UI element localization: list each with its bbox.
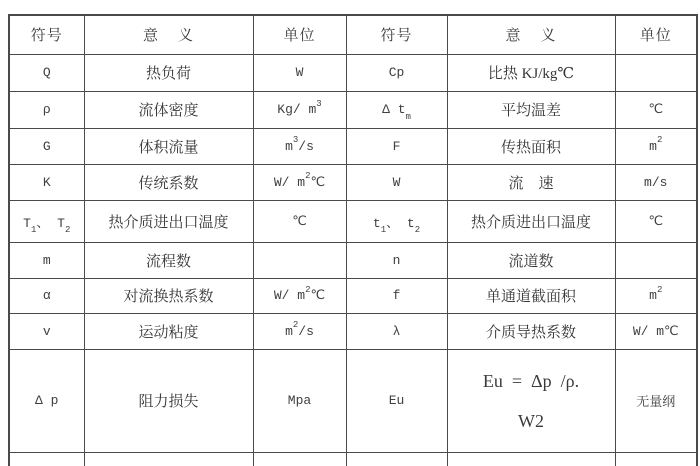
symbol-cell: G xyxy=(9,128,84,164)
unit-cell: m2 xyxy=(615,278,697,313)
unit-cell xyxy=(253,452,346,466)
unit-cell: m2/s xyxy=(253,313,346,349)
symbol-column-header: 符号 xyxy=(346,15,447,54)
symbol-cell: m xyxy=(9,242,84,278)
unit-cell: ℃ xyxy=(253,200,346,242)
table-row xyxy=(9,452,697,466)
symbol-cell xyxy=(9,452,84,466)
unit-cell: W xyxy=(253,54,346,91)
table-row: ρ流体密度Kg/ m3Δ tm平均温差℃ xyxy=(9,91,697,128)
unit-cell: m3/s xyxy=(253,128,346,164)
meaning-cell: 热负荷 xyxy=(84,54,253,91)
unit-cell: m/s xyxy=(615,164,697,200)
table-row: Q热负荷WCp比热 KJ/kg℃ xyxy=(9,54,697,91)
meaning-cell: 阻力损失 xyxy=(84,349,253,452)
unit-column-header: 单位 xyxy=(253,15,346,54)
symbol-cell: Δ tm xyxy=(346,91,447,128)
unit-cell: 无量纲 xyxy=(615,349,697,452)
unit-cell: Kg/ m3 xyxy=(253,91,346,128)
symbol-cell: Q xyxy=(9,54,84,91)
symbol-cell xyxy=(346,452,447,466)
symbol-cell: f xyxy=(346,278,447,313)
meaning-cell: Eu = Δp /ρ.W2 xyxy=(447,349,615,452)
meaning-cell: 流体密度 xyxy=(84,91,253,128)
table-row: m流程数n流道数 xyxy=(9,242,697,278)
unit-cell: W/ m2℃ xyxy=(253,278,346,313)
unit-cell: ℃ xyxy=(615,91,697,128)
table-row: K传统系数W/ m2℃W流 速m/s xyxy=(9,164,697,200)
unit-cell: m2 xyxy=(615,128,697,164)
symbol-cell: F xyxy=(346,128,447,164)
symbol-cell: K xyxy=(9,164,84,200)
symbol-cell: W xyxy=(346,164,447,200)
meaning-cell: 流程数 xyxy=(84,242,253,278)
meaning-cell: 运动粘度 xyxy=(84,313,253,349)
symbol-cell: n xyxy=(346,242,447,278)
symbol-cell: Cp xyxy=(346,54,447,91)
meaning-column-header: 意 义 xyxy=(447,15,615,54)
symbol-column-header: 符号 xyxy=(9,15,84,54)
unit-cell xyxy=(615,452,697,466)
symbol-table-page: 符号意 义单位符号意 义单位 Q热负荷WCp比热 KJ/kg℃ρ流体密度Kg/ … xyxy=(0,0,700,466)
unit-cell: W/ m℃ xyxy=(615,313,697,349)
meaning-cell: 比热 KJ/kg℃ xyxy=(447,54,615,91)
symbol-cell: v xyxy=(9,313,84,349)
meaning-column-header: 意 义 xyxy=(84,15,253,54)
symbol-cell: Eu xyxy=(346,349,447,452)
meaning-cell: 热介质进出口温度 xyxy=(447,200,615,242)
meaning-cell: 单通道截面积 xyxy=(447,278,615,313)
meaning-cell: 流 速 xyxy=(447,164,615,200)
symbol-meaning-unit-table: 符号意 义单位符号意 义单位 Q热负荷WCp比热 KJ/kg℃ρ流体密度Kg/ … xyxy=(8,14,698,466)
meaning-cell: 介质导热系数 xyxy=(447,313,615,349)
table-row: Δ p阻力损失MpaEuEu = Δp /ρ.W2无量纲 xyxy=(9,349,697,452)
table-row: G体积流量m3/sF传热面积m2 xyxy=(9,128,697,164)
meaning-cell: 对流换热系数 xyxy=(84,278,253,313)
meaning-cell: 热介质进出口温度 xyxy=(84,200,253,242)
unit-cell: W/ m2℃ xyxy=(253,164,346,200)
meaning-cell xyxy=(84,452,253,466)
table-row: T1、 T2热介质进出口温度℃t1、 t2热介质进出口温度℃ xyxy=(9,200,697,242)
table-row: v运动粘度m2/sλ介质导热系数W/ m℃ xyxy=(9,313,697,349)
symbol-cell: λ xyxy=(346,313,447,349)
header-row: 符号意 义单位符号意 义单位 xyxy=(9,15,697,54)
symbol-cell: ρ xyxy=(9,91,84,128)
unit-cell: Mpa xyxy=(253,349,346,452)
symbol-cell: t1、 t2 xyxy=(346,200,447,242)
unit-cell xyxy=(615,242,697,278)
table-row: α对流换热系数W/ m2℃f单通道截面积m2 xyxy=(9,278,697,313)
unit-cell xyxy=(615,54,697,91)
unit-cell xyxy=(253,242,346,278)
symbol-cell: Δ p xyxy=(9,349,84,452)
unit-cell: ℃ xyxy=(615,200,697,242)
unit-column-header: 单位 xyxy=(615,15,697,54)
meaning-cell: 传热面积 xyxy=(447,128,615,164)
meaning-cell: 传统系数 xyxy=(84,164,253,200)
meaning-cell: 流道数 xyxy=(447,242,615,278)
meaning-cell: 体积流量 xyxy=(84,128,253,164)
meaning-cell: 平均温差 xyxy=(447,91,615,128)
symbol-cell: α xyxy=(9,278,84,313)
symbol-cell: T1、 T2 xyxy=(9,200,84,242)
meaning-cell xyxy=(447,452,615,466)
